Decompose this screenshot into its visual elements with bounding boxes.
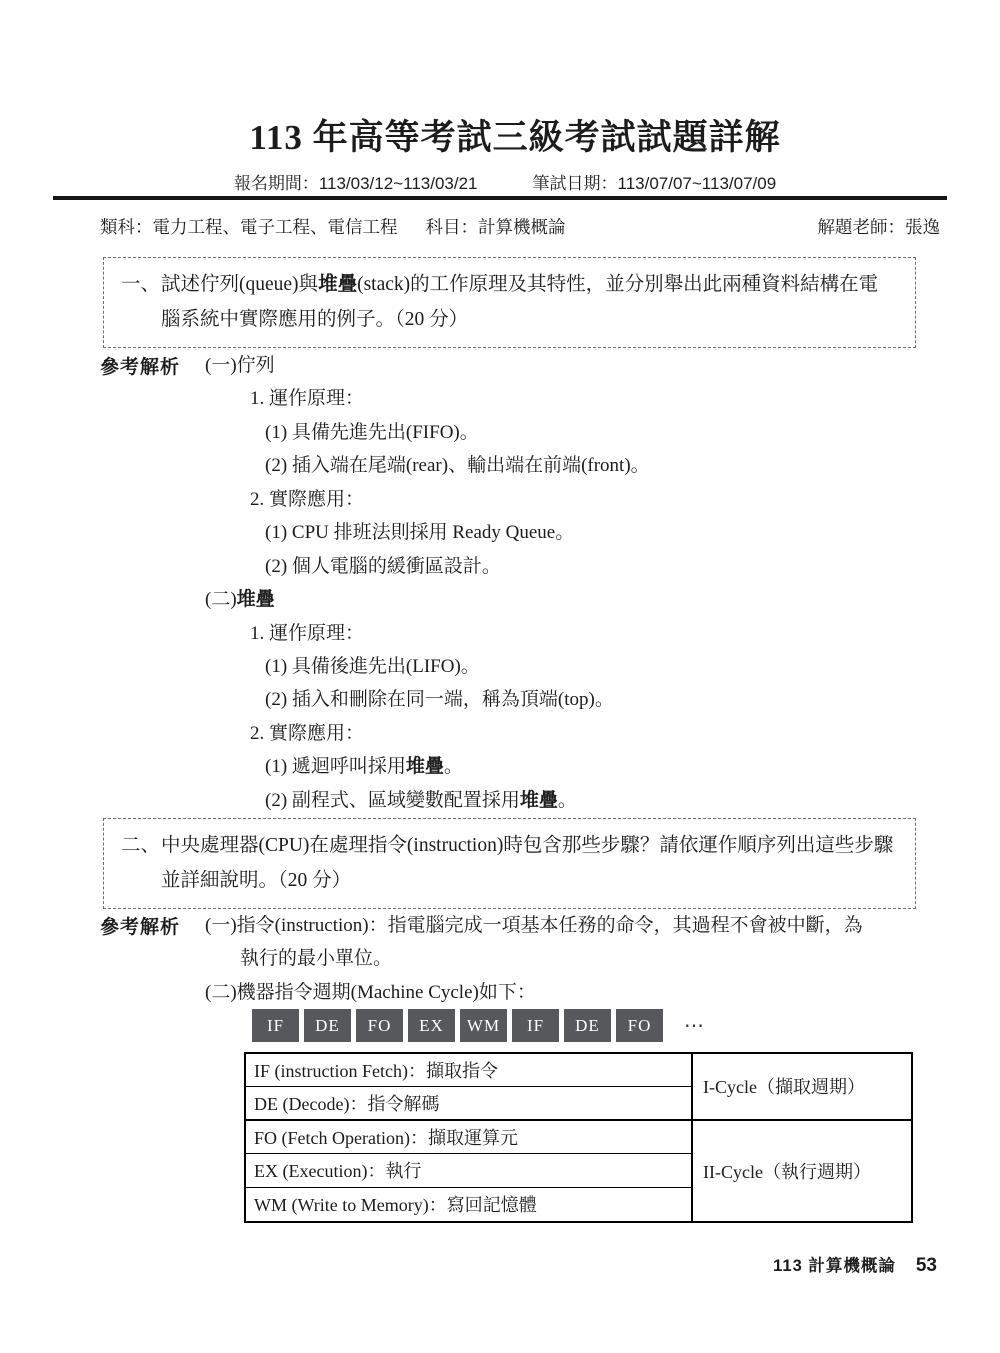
solution-line: 1. 運作原理： <box>205 382 925 415</box>
registration-period: 報名期間：113/03/12~113/03/21 <box>234 169 478 194</box>
page-footer: 113 計算機概論 53 <box>773 1252 937 1277</box>
solution-line: (二)機器指令週期(Machine Cycle)如下： <box>205 976 925 1009</box>
question-2-text: 中央處理器(CPU)在處理指令(instruction)時包含那些步驟？請依運作… <box>161 835 893 891</box>
table-cell-i-cycle: I-Cycle（擷取週期） <box>693 1054 911 1121</box>
solution-line: (2) 插入端在尾端(rear)、輸出端在前端(front)。 <box>205 449 925 482</box>
solution-line: 1. 運作原理： <box>205 617 925 650</box>
machine-cycle-sequence: IF DE FO EX WM IF DE FO ⋯ <box>252 1009 707 1042</box>
solution-2: (一)指令(instruction)：指電腦完成一項基本任務的命令，其過程不會被… <box>205 909 925 1009</box>
teacher-label: 解題老師：張逸 <box>818 214 941 239</box>
cycle-box: EX <box>408 1009 455 1042</box>
cycle-box: IF <box>512 1009 559 1042</box>
solution-line: (1) 遞迴呼叫採用堆疊。 <box>205 750 925 783</box>
question-2-marker: 二、 <box>121 829 160 864</box>
question-2-body: 二、 中央處理器(CPU)在處理指令(instruction)時包含那些步驟？請… <box>104 819 915 908</box>
solution-line: 2. 實際應用： <box>205 483 925 516</box>
page-title: 113 年高等考試三級考試試題詳解 <box>30 110 1000 160</box>
question-1-marker: 一、 <box>121 268 160 303</box>
solution-line: (1) CPU 排班法則採用 Ready Queue。 <box>205 516 925 549</box>
solution-line: 執行的最小單位。 <box>205 942 925 975</box>
analysis-label-2: 參考解析 <box>100 912 180 939</box>
table-cell-de: DE (Decode)：指令解碼 <box>246 1087 693 1120</box>
meta-line: 類科：電力工程、電子工程、電信工程 科目：計算機概論 解題老師：張逸 <box>100 214 940 239</box>
cycle-box: WM <box>460 1009 507 1042</box>
meta-left: 類科：電力工程、電子工程、電信工程 科目：計算機概論 <box>100 214 566 239</box>
solution-line: (1) 具備後進先出(LIFO)。 <box>205 650 925 683</box>
question-1-body: 一、 試述佇列(queue)與堆疊(stack)的工作原理及其特性，並分別舉出此… <box>104 258 915 347</box>
cycle-box: DE <box>564 1009 611 1042</box>
header-dates: 報名期間：113/03/12~113/03/21 筆試日期：113/07/07~… <box>10 169 1000 194</box>
analysis-label-1: 參考解析 <box>100 352 180 379</box>
table-cell-ex: EX (Execution)：執行 <box>246 1154 693 1187</box>
solution-line: (2) 副程式、區域變數配置採用堆疊。 <box>205 784 925 817</box>
category-label: 類科：電力工程、電子工程、電信工程 <box>100 214 398 239</box>
solution-line: 2. 實際應用： <box>205 717 925 750</box>
cycle-box: IF <box>252 1009 299 1042</box>
table-cell-fo: FO (Fetch Operation)：擷取運算元 <box>246 1121 693 1154</box>
table-cell-if: IF (instruction Fetch)：擷取指令 <box>246 1054 693 1087</box>
machine-cycle-table: IF (instruction Fetch)：擷取指令 I-Cycle（擷取週期… <box>244 1052 913 1223</box>
table-cell-wm: WM (Write to Memory)：寫回記憶體 <box>246 1188 693 1221</box>
question-2-box: 二、 中央處理器(CPU)在處理指令(instruction)時包含那些步驟？請… <box>103 818 916 909</box>
solution-line: (1) 具備先進先出(FIFO)。 <box>205 416 925 449</box>
document-page: 113 年高等考試三級考試試題詳解 報名期間：113/03/12~113/03/… <box>0 0 1000 1353</box>
solution-line: (一)佇列 <box>205 349 925 382</box>
cycle-box: DE <box>304 1009 351 1042</box>
table-cell-ii-cycle: II-Cycle（執行週期） <box>693 1121 911 1221</box>
question-1-text: 試述佇列(queue)與堆疊(stack)的工作原理及其特性，並分別舉出此兩種資… <box>161 274 878 330</box>
cycle-box: FO <box>356 1009 403 1042</box>
subject-label: 科目：計算機概論 <box>426 214 566 239</box>
header-divider <box>53 196 947 200</box>
solution-line: (一)指令(instruction)：指電腦完成一項基本任務的命令，其過程不會被… <box>205 909 925 942</box>
solution-line: (2) 插入和刪除在同一端，稱為頂端(top)。 <box>205 683 925 716</box>
footer-book-title: 113 計算機概論 <box>773 1252 896 1276</box>
solution-1: (一)佇列 1. 運作原理： (1) 具備先進先出(FIFO)。 (2) 插入端… <box>205 349 925 817</box>
footer-page-number: 53 <box>916 1255 937 1277</box>
written-exam-date: 筆試日期：113/07/07~113/07/09 <box>533 169 777 194</box>
cycle-box: FO <box>616 1009 663 1042</box>
solution-line: (2) 個人電腦的緩衝區設計。 <box>205 550 925 583</box>
cycle-ellipsis: ⋯ <box>684 1013 707 1038</box>
solution-line: (二)堆疊 <box>205 583 925 616</box>
question-1-box: 一、 試述佇列(queue)與堆疊(stack)的工作原理及其特性，並分別舉出此… <box>103 257 916 348</box>
